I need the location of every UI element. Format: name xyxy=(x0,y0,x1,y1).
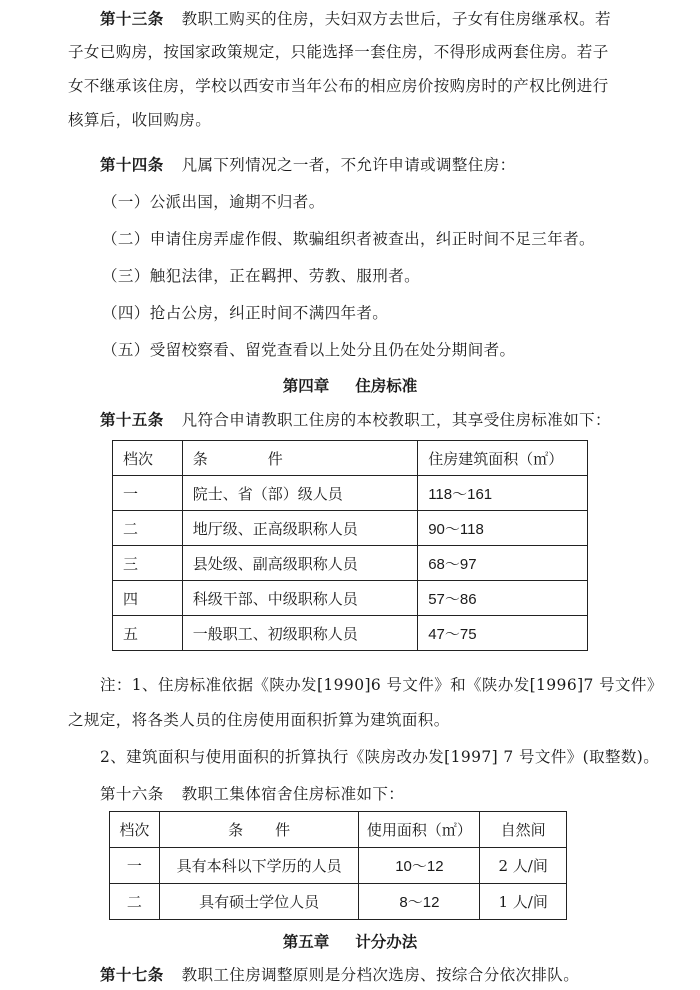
table-row: 一 院士、省（部）级人员 118～161 xyxy=(113,476,588,511)
chapter-5-number: 第五章 xyxy=(283,932,330,951)
cell-level: 二 xyxy=(110,884,160,920)
cell-level: 一 xyxy=(110,848,160,884)
cell-condition: 科级干部、中级职称人员 xyxy=(182,581,417,616)
article-15-text: 凡符合申请教职工住房的本校教职工，其享受住房标准如下： xyxy=(182,411,611,429)
article-13-line-1: 第十三条教职工购买的住房，夫妇双方去世后，子女有住房继承权。若 xyxy=(100,9,611,29)
cell-area: 8～12 xyxy=(359,884,480,920)
housing-standard-table: 档次 条件 住房建筑面积（㎡） 一 院士、省（部）级人员 118～161 二 地… xyxy=(112,440,588,651)
article-14-heading: 第十四条凡属下列情况之一者，不允许申请或调整住房： xyxy=(100,155,516,175)
cell-level: 五 xyxy=(113,616,183,651)
header-rooms: 自然间 xyxy=(480,812,567,848)
cell-condition: 县处级、副高级职称人员 xyxy=(182,546,417,581)
cell-area: 10～12 xyxy=(359,848,480,884)
table-row: 二 具有硕士学位人员 8～12 1 人/间 xyxy=(110,884,567,920)
table-row: 一 具有本科以下学历的人员 10～12 2 人/间 xyxy=(110,848,567,884)
cell-rooms: 1 人/间 xyxy=(480,884,567,920)
table-header-row: 档次 条件 住房建筑面积（㎡） xyxy=(113,441,588,476)
chapter-5-title: 计分办法 xyxy=(355,932,417,951)
cell-condition: 具有本科以下学历的人员 xyxy=(159,848,359,884)
article-13-line-3: 女不继承该住房，学校以西安市当年公布的相应房价按购房时的产权比例进行 xyxy=(68,76,609,96)
article-14-item-5: （五）受留校察看、留党查看以上处分且仍在处分期间者。 xyxy=(102,340,515,360)
cell-area: 118～161 xyxy=(418,476,588,511)
article-13-line-4: 核算后，收回购房。 xyxy=(68,110,211,130)
header-level: 档次 xyxy=(113,441,183,476)
article-15-label: 第十五条 xyxy=(100,410,164,429)
cell-condition: 具有硕士学位人员 xyxy=(159,884,359,920)
header-condition: 条件 xyxy=(159,812,359,848)
table-row: 五 一般职工、初级职称人员 47～75 xyxy=(113,616,588,651)
chapter-4-title: 住房标准 xyxy=(355,376,417,395)
table-row: 三 县处级、副高级职称人员 68～97 xyxy=(113,546,588,581)
cell-condition: 院士、省（部）级人员 xyxy=(182,476,417,511)
article-13-label: 第十三条 xyxy=(100,9,164,28)
note-2: 2、建筑面积与使用面积的折算执行《陕房改办发[1997] 7 号文件》(取整数)… xyxy=(100,747,659,767)
article-14-item-2: （二）申请住房弄虚作假、欺骗组织者被查出，纠正时间不足三年者。 xyxy=(102,229,595,249)
cell-condition: 一般职工、初级职称人员 xyxy=(182,616,417,651)
article-13-line-2: 子女已购房，按国家政策规定，只能选择一套住房，不得形成两套住房。若子 xyxy=(68,42,609,62)
chapter-4-number: 第四章 xyxy=(283,376,330,395)
cell-level: 二 xyxy=(113,511,183,546)
cell-level: 三 xyxy=(113,546,183,581)
article-16-heading: 第十六条教职工集体宿舍住房标准如下： xyxy=(100,784,404,804)
article-14-item-1: （一）公派出国，逾期不归者。 xyxy=(102,192,325,212)
table-header-row: 档次 条件 使用面积（㎡） 自然间 xyxy=(110,812,567,848)
article-14-item-3: （三）触犯法律，正在羁押、劳教、服刑者。 xyxy=(102,266,420,286)
article-14-item-4: （四）抢占公房，纠正时间不满四年者。 xyxy=(102,303,388,323)
article-17-heading: 第十七条教职工住房调整原则是分档次选房、按综合分依次排队。 xyxy=(100,965,579,985)
article-13-text: 教职工购买的住房，夫妇双方去世后，子女有住房继承权。若 xyxy=(182,10,611,28)
article-17-text: 教职工住房调整原则是分档次选房、按综合分依次排队。 xyxy=(182,966,580,984)
cell-area: 68～97 xyxy=(418,546,588,581)
dormitory-standard-table: 档次 条件 使用面积（㎡） 自然间 一 具有本科以下学历的人员 10～12 2 … xyxy=(109,811,567,920)
cell-level: 一 xyxy=(113,476,183,511)
header-area: 住房建筑面积（㎡） xyxy=(418,441,588,476)
article-16-label: 第十六条 xyxy=(100,785,164,803)
header-area: 使用面积（㎡） xyxy=(359,812,480,848)
article-16-text: 教职工集体宿舍住房标准如下： xyxy=(182,785,405,803)
chapter-4-heading: 第四章住房标准 xyxy=(0,376,700,396)
cell-area: 47～75 xyxy=(418,616,588,651)
cell-area: 57～86 xyxy=(418,581,588,616)
note-1-line-2: 之规定，将各类人员的住房使用面积折算为建筑面积。 xyxy=(68,710,450,730)
cell-rooms: 2 人/间 xyxy=(480,848,567,884)
note-1-line-1: 注：1、住房标准依据《陕办发[1990]6 号文件》和《陕办发[1996]7 号… xyxy=(100,675,663,695)
cell-condition: 地厅级、正高级职称人员 xyxy=(182,511,417,546)
header-condition: 条件 xyxy=(182,441,417,476)
article-14-label: 第十四条 xyxy=(100,155,164,174)
table-row: 二 地厅级、正高级职称人员 90～118 xyxy=(113,511,588,546)
table-row: 四 科级干部、中级职称人员 57～86 xyxy=(113,581,588,616)
article-17-label: 第十七条 xyxy=(100,965,164,984)
header-level: 档次 xyxy=(110,812,160,848)
cell-level: 四 xyxy=(113,581,183,616)
article-14-text: 凡属下列情况之一者，不允许申请或调整住房： xyxy=(182,156,516,174)
article-15-heading: 第十五条凡符合申请教职工住房的本校教职工，其享受住房标准如下： xyxy=(100,410,611,430)
chapter-5-heading: 第五章计分办法 xyxy=(0,932,700,952)
cell-area: 90～118 xyxy=(418,511,588,546)
